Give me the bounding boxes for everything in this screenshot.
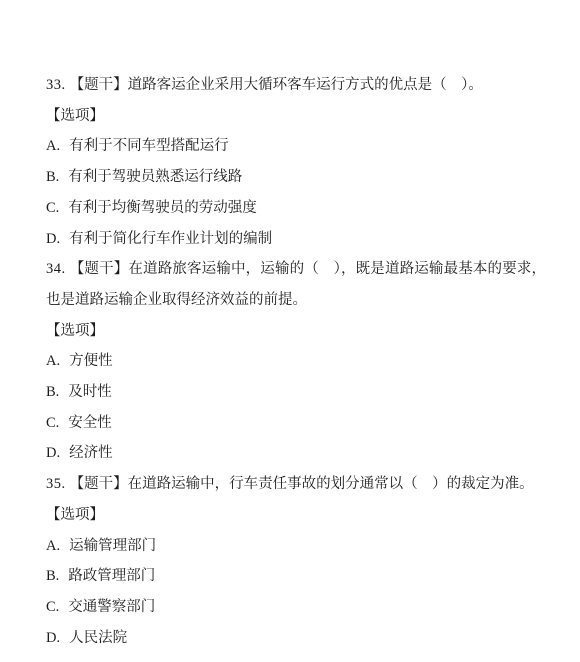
option-text: 路政管理部门 <box>68 568 155 584</box>
stem-text: 在道路运输中，行车责任事故的划分通常以（ ）的裁定为准。 <box>128 476 534 492</box>
question-number: 35. <box>46 476 66 492</box>
document-content: 33.【题干】道路客运企业采用大循环客车运行方式的优点是（ ）。 【选项】 A.… <box>0 0 580 653</box>
options-label: 【选项】 <box>46 316 546 347</box>
question-stem: 33.【题干】道路客运企业采用大循环客车运行方式的优点是（ ）。 <box>46 70 546 101</box>
option-a: A.方便性 <box>46 346 546 377</box>
option-letter: B. <box>46 377 59 408</box>
option-letter: C. <box>46 408 59 439</box>
option-text: 及时性 <box>68 384 112 400</box>
option-letter: B. <box>46 162 59 193</box>
option-c: C.交通警察部门 <box>46 592 546 623</box>
option-text: 人民法院 <box>69 630 127 646</box>
option-text: 有利于驾驶员熟悉运行线路 <box>68 169 242 185</box>
stem-label: 【题干】 <box>70 261 129 277</box>
option-a: A.运输管理部门 <box>46 531 546 562</box>
option-text: 有利于均衡驾驶员的劳动强度 <box>68 200 257 216</box>
option-letter: A. <box>46 131 60 162</box>
option-b: B.路政管理部门 <box>46 561 546 592</box>
option-letter: D. <box>46 623 60 654</box>
question-34: 34.【题干】在道路旅客运输中，运输的（ ），既是道路运输最基本的要求，也是道路… <box>46 254 546 469</box>
option-d: D.人民法院 <box>46 623 546 654</box>
option-b: B.有利于驾驶员熟悉运行线路 <box>46 162 546 193</box>
option-letter: B. <box>46 561 59 592</box>
option-text: 有利于不同车型搭配运行 <box>69 138 229 154</box>
option-d: D.经济性 <box>46 438 546 469</box>
option-c: C.有利于均衡驾驶员的劳动强度 <box>46 193 546 224</box>
option-d: D.有利于简化行车作业计划的编制 <box>46 224 546 255</box>
stem-label: 【题干】 <box>70 476 128 492</box>
option-a: A.有利于不同车型搭配运行 <box>46 131 546 162</box>
option-c: C.安全性 <box>46 408 546 439</box>
option-letter: C. <box>46 193 59 224</box>
question-35: 35.【题干】在道路运输中，行车责任事故的划分通常以（ ）的裁定为准。 【选项】… <box>46 469 546 653</box>
option-letter: A. <box>46 346 60 377</box>
question-number: 34. <box>46 261 66 277</box>
options-label: 【选项】 <box>46 101 546 132</box>
question-number: 33. <box>46 77 66 93</box>
option-letter: A. <box>46 531 60 562</box>
option-text: 经济性 <box>69 445 113 461</box>
exam-document-page: 33.【题干】道路客运企业采用大循环客车运行方式的优点是（ ）。 【选项】 A.… <box>0 0 580 662</box>
question-33: 33.【题干】道路客运企业采用大循环客车运行方式的优点是（ ）。 【选项】 A.… <box>46 70 546 254</box>
option-text: 交通警察部门 <box>68 599 155 615</box>
question-stem: 35.【题干】在道路运输中，行车责任事故的划分通常以（ ）的裁定为准。 <box>46 469 546 500</box>
option-text: 运输管理部门 <box>69 538 156 554</box>
question-stem: 34.【题干】在道路旅客运输中，运输的（ ），既是道路运输最基本的要求，也是道路… <box>46 254 546 315</box>
stem-text: 道路客运企业采用大循环客车运行方式的优点是（ ）。 <box>128 77 483 93</box>
options-label: 【选项】 <box>46 500 546 531</box>
option-letter: D. <box>46 224 60 255</box>
option-text: 方便性 <box>69 353 113 369</box>
option-text: 有利于简化行车作业计划的编制 <box>69 231 272 247</box>
stem-label: 【题干】 <box>70 77 128 93</box>
option-b: B.及时性 <box>46 377 546 408</box>
option-letter: C. <box>46 592 59 623</box>
option-letter: D. <box>46 438 60 469</box>
option-text: 安全性 <box>68 415 112 431</box>
